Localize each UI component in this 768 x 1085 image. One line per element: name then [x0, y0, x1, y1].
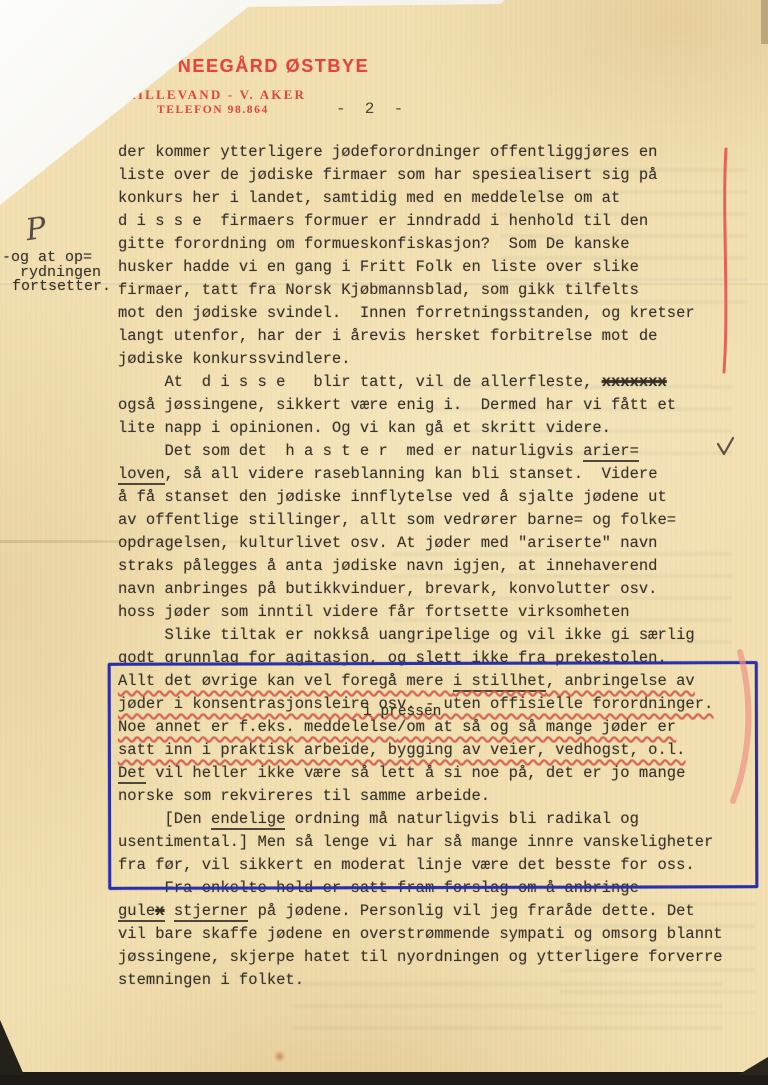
text-line: mot den jødiske svindel. Innen forretnin…: [118, 302, 758, 325]
styled-segment: x: [155, 902, 164, 922]
text-line: også jøssingene, sikkert være enig i. De…: [118, 394, 758, 417]
blue-ink-highlight-box: [108, 661, 759, 890]
text-line: gulex stjerner på jødene. Personlig vil …: [118, 900, 758, 923]
text-line: At d i s s e blir tatt, vil de allerfles…: [118, 371, 758, 394]
page-number: - 2 -: [336, 100, 403, 118]
text-line: husker hadde vi en gang i Fritt Folk en …: [118, 256, 758, 279]
handwritten-proof-mark: P: [24, 211, 49, 248]
text-line: Slike tiltak er nokkså uangripelige og v…: [118, 624, 758, 647]
text-line: Det som det h a s t e r med er naturligv…: [118, 440, 758, 463]
paper-stain: [274, 1050, 285, 1063]
styled-segment: stjerner: [174, 902, 248, 922]
text-line: loven, så all videre raseblanning kan bl…: [118, 463, 758, 486]
text-line: der kommer ytterligere jødeforordninger …: [118, 141, 758, 164]
styled-segment: xxxxxxx: [602, 373, 667, 391]
text-line: jøssingene, skjerpe hatet til nyordninge…: [118, 946, 758, 969]
text-line: navn anbringes på butikkvinduer, brevark…: [118, 578, 758, 601]
scan-edge-corner: [0, 1020, 24, 1075]
styled-segment: gule: [118, 902, 155, 922]
letterhead-address: LILLEVAND - V. AKER: [127, 87, 306, 103]
text-line: firmaer, tatt fra Norsk Kjøbmannsblad, s…: [118, 279, 758, 302]
text-line: d i s s e firmaers formuer er inndradd i…: [118, 210, 758, 233]
text-line: jødiske konkurssvindlere.: [118, 348, 758, 371]
text-line: opdragelsen, kulturlivet osv. At jøder m…: [118, 532, 758, 555]
text-line: langt utenfor, har der i årevis hersket …: [118, 325, 758, 348]
text-line: liste over de jødiske firmaer som har sp…: [118, 164, 758, 187]
margin-note-line: fortsetter.: [12, 278, 111, 295]
text-line: stemningen i folket.: [118, 969, 758, 992]
text-line: gitte forordning om formueskonfiskasjon?…: [118, 233, 758, 256]
text-line: å få stanset den jødiske innflytelse ved…: [118, 486, 758, 509]
letterhead-phone: TELEFON 98.864: [157, 104, 269, 116]
text-line: straks pålegges å anta jødiske navn igje…: [118, 555, 758, 578]
page-edge-shadow: [761, 0, 768, 44]
scan-edge-corner: [738, 1057, 768, 1075]
text-line: lite napp i opinionen. Og vi kan gå et s…: [118, 417, 758, 440]
text-line: vil bare skaffe jødene en overstrømmende…: [118, 923, 758, 946]
text-line: av offentlige stillinger, allt som vedrø…: [118, 509, 758, 532]
styled-segment: loven: [118, 465, 165, 485]
text-line: hoss jøder som inntil videre får fortset…: [118, 601, 758, 624]
styled-segment: arier=: [583, 442, 639, 462]
scan-edge-bottom: [0, 1072, 768, 1085]
scanned-letter-page: HALLDIS NEEGÅRD ØSTBYE LILLEVAND - V. AK…: [0, 0, 768, 1085]
text-line: konkurs her i landet, samtidig med en me…: [118, 187, 758, 210]
